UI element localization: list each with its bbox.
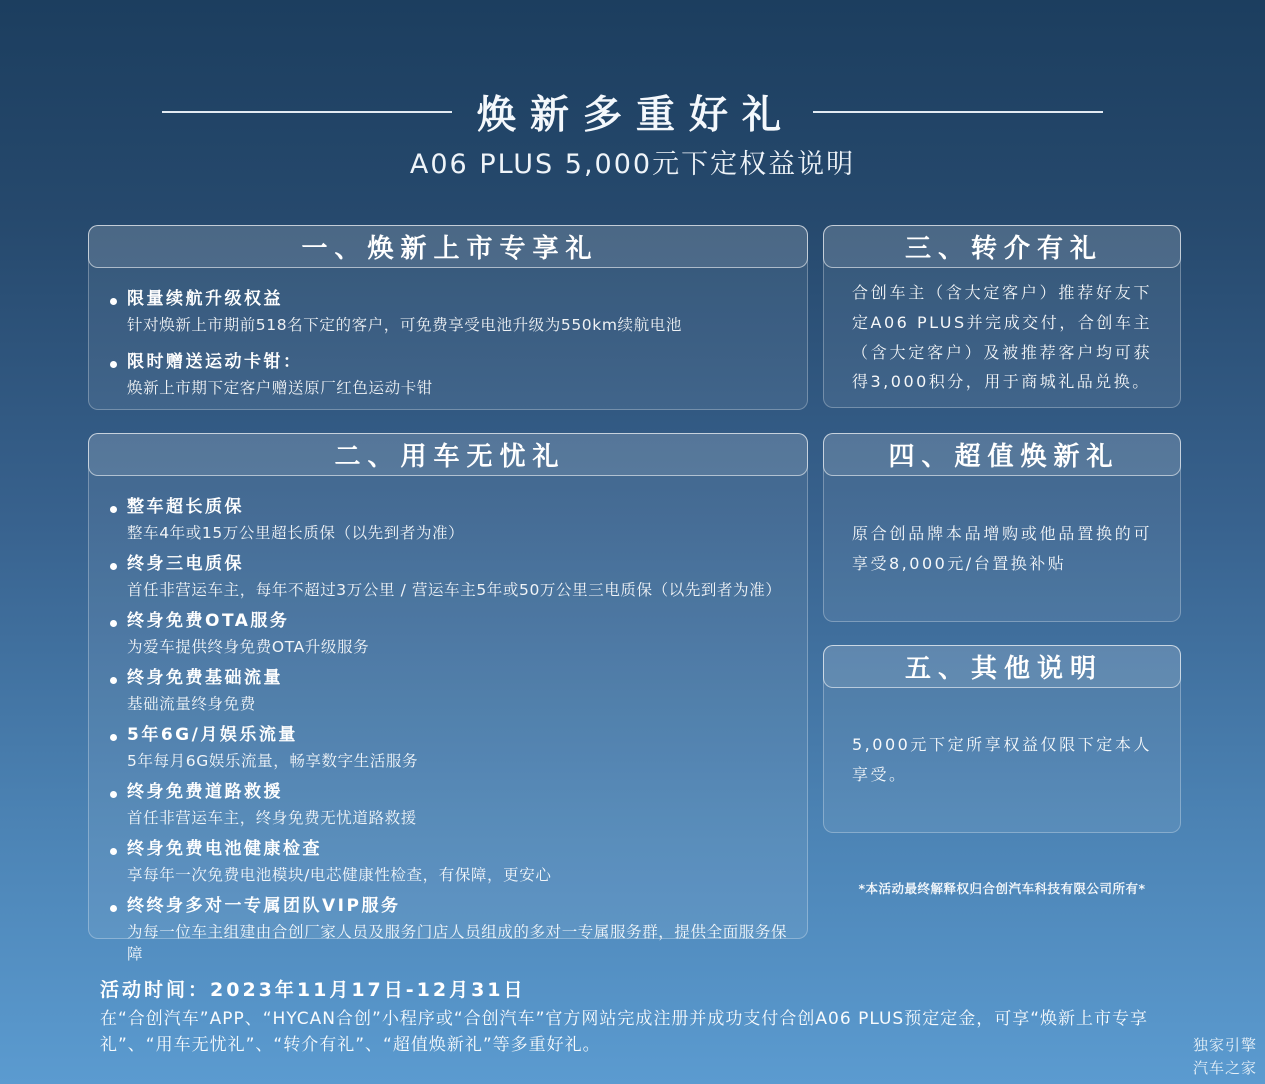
bullet-dot-icon bbox=[110, 563, 117, 570]
item-desc: 首任非营运车主，终身免费无忧道路救援 bbox=[127, 807, 791, 829]
bullet-dot-icon bbox=[110, 905, 117, 912]
activity-description: 在“合创汽车”APP、“HYCAN合创”小程序或“合创汽车”官方网站完成注册并成… bbox=[100, 1006, 1178, 1059]
item-desc: 为每一位车主组建由合创厂家人员及服务门店人员组成的多对一专属服务群，提供全面服务… bbox=[127, 921, 791, 965]
bullet-dot-icon bbox=[110, 620, 117, 627]
watermark: 独家引擎 汽车之家 bbox=[1193, 1034, 1257, 1081]
card-trade-in-gift-body: 原合创品牌本品增购或他品置换的可享受8,000元/台置换补贴 bbox=[824, 476, 1180, 621]
item-desc: 整车4年或15万公里超长质保（以先到者为准） bbox=[127, 522, 791, 544]
card-worry-free-gift: 二、用车无忧礼 整车超长质保 整车4年或15万公里超长质保（以先到者为准） 终身… bbox=[88, 433, 808, 939]
card-referral-gift-body: 合创车主（含大定客户）推荐好友下定A06 PLUS并完成交付，合创车主（含大定客… bbox=[824, 268, 1180, 407]
card-trade-in-gift-text: 原合创品牌本品增购或他品置换的可享受8,000元/台置换补贴 bbox=[852, 519, 1152, 578]
item-desc: 基础流量终身免费 bbox=[127, 693, 791, 715]
title-rule-left-line bbox=[162, 111, 452, 113]
list-item: 终身免费道路救援 首任非营运车主，终身免费无忧道路救援 bbox=[101, 781, 791, 829]
item-desc: 享每年一次免费电池模块/电芯健康性检查，有保障，更安心 bbox=[127, 864, 791, 886]
card-other-notes-body: 5,000元下定所享权益仅限下定本人享受。 bbox=[824, 688, 1180, 832]
list-item: 5年6G/月娱乐流量 5年每月6G娱乐流量，畅享数字生活服务 bbox=[101, 724, 791, 772]
item-title: 终身免费OTA服务 bbox=[127, 610, 791, 633]
list-item: 限量续航升级权益 针对焕新上市期前518名下定的客户，可免费享受电池升级为550… bbox=[101, 288, 791, 336]
card-launch-exclusive-gift: 一、焕新上市专享礼 限量续航升级权益 针对焕新上市期前518名下定的客户，可免费… bbox=[88, 225, 808, 410]
disclaimer-footnote: *本活动最终解释权归合创汽车科技有限公司所有* bbox=[823, 879, 1181, 897]
item-title: 5年6G/月娱乐流量 bbox=[127, 724, 791, 747]
list-item: 终身免费基础流量 基础流量终身免费 bbox=[101, 667, 791, 715]
bullet-dot-icon bbox=[110, 361, 117, 368]
item-title: 终身免费电池健康检查 bbox=[127, 838, 791, 861]
watermark-line-2: 汽车之家 bbox=[1193, 1057, 1257, 1080]
card-referral-gift-header: 三、转介有礼 bbox=[823, 225, 1181, 268]
card-launch-exclusive-gift-body: 限量续航升级权益 针对焕新上市期前518名下定的客户，可免费享受电池升级为550… bbox=[89, 268, 807, 399]
card-worry-free-gift-body: 整车超长质保 整车4年或15万公里超长质保（以先到者为准） 终身三电质保 首任非… bbox=[89, 476, 807, 965]
list-item: 整车超长质保 整车4年或15万公里超长质保（以先到者为准） bbox=[101, 496, 791, 544]
bullet-dot-icon bbox=[110, 506, 117, 513]
card-other-notes: 五、其他说明 5,000元下定所享权益仅限下定本人享受。 bbox=[823, 645, 1181, 833]
card-launch-exclusive-gift-header: 一、焕新上市专享礼 bbox=[88, 225, 808, 268]
list-item: 终身三电质保 首任非营运车主，每年不超过3万公里 / 营运车主5年或50万公里三… bbox=[101, 553, 791, 601]
item-title: 限时赠送运动卡钳： bbox=[127, 351, 791, 374]
bullet-dot-icon bbox=[110, 677, 117, 684]
page-subtitle: A06 PLUS 5,000元下定权益说明 bbox=[0, 142, 1265, 181]
bullet-dot-icon bbox=[110, 791, 117, 798]
item-desc: 5年每月6G娱乐流量，畅享数字生活服务 bbox=[127, 750, 791, 772]
bullet-dot-icon bbox=[110, 848, 117, 855]
item-title: 整车超长质保 bbox=[127, 496, 791, 519]
item-title: 终身免费道路救援 bbox=[127, 781, 791, 804]
page-title: 焕新多重好礼 bbox=[470, 84, 795, 140]
item-title: 限量续航升级权益 bbox=[127, 288, 791, 311]
card-referral-gift: 三、转介有礼 合创车主（含大定客户）推荐好友下定A06 PLUS并完成交付，合创… bbox=[823, 225, 1181, 408]
item-desc: 首任非营运车主，每年不超过3万公里 / 营运车主5年或50万公里三电质保（以先到… bbox=[127, 579, 791, 601]
item-title: 终终身多对一专属团队VIP服务 bbox=[127, 895, 791, 918]
list-item: 终终身多对一专属团队VIP服务 为每一位车主组建由合创厂家人员及服务门店人员组成… bbox=[101, 895, 791, 965]
activity-time-title: 活动时间：2023年11月17日-12月31日 bbox=[100, 975, 526, 1002]
bullet-dot-icon bbox=[110, 734, 117, 741]
card-other-notes-header: 五、其他说明 bbox=[823, 645, 1181, 688]
item-title: 终身免费基础流量 bbox=[127, 667, 791, 690]
list-item: 终身免费OTA服务 为爱车提供终身免费OTA升级服务 bbox=[101, 610, 791, 658]
card-worry-free-gift-header: 二、用车无忧礼 bbox=[88, 433, 808, 476]
page-title-row: 焕新多重好礼 bbox=[0, 84, 1265, 140]
card-trade-in-gift: 四、超值焕新礼 原合创品牌本品增购或他品置换的可享受8,000元/台置换补贴 bbox=[823, 433, 1181, 622]
list-item: 限时赠送运动卡钳： 焕新上市期下定客户赠送原厂红色运动卡钳 bbox=[101, 351, 791, 399]
item-desc: 焕新上市期下定客户赠送原厂红色运动卡钳 bbox=[127, 377, 791, 399]
item-desc: 为爱车提供终身免费OTA升级服务 bbox=[127, 636, 791, 658]
item-desc: 针对焕新上市期前518名下定的客户，可免费享受电池升级为550km续航电池 bbox=[127, 314, 791, 336]
bullet-dot-icon bbox=[110, 298, 117, 305]
card-other-notes-text: 5,000元下定所享权益仅限下定本人享受。 bbox=[852, 730, 1152, 789]
card-trade-in-gift-header: 四、超值焕新礼 bbox=[823, 433, 1181, 476]
title-rule-right-line bbox=[813, 111, 1103, 113]
item-title: 终身三电质保 bbox=[127, 553, 791, 576]
watermark-line-1: 独家引擎 bbox=[1193, 1034, 1257, 1057]
list-item: 终身免费电池健康检查 享每年一次免费电池模块/电芯健康性检查，有保障，更安心 bbox=[101, 838, 791, 886]
card-referral-gift-text: 合创车主（含大定客户）推荐好友下定A06 PLUS并完成交付，合创车主（含大定客… bbox=[852, 278, 1152, 396]
